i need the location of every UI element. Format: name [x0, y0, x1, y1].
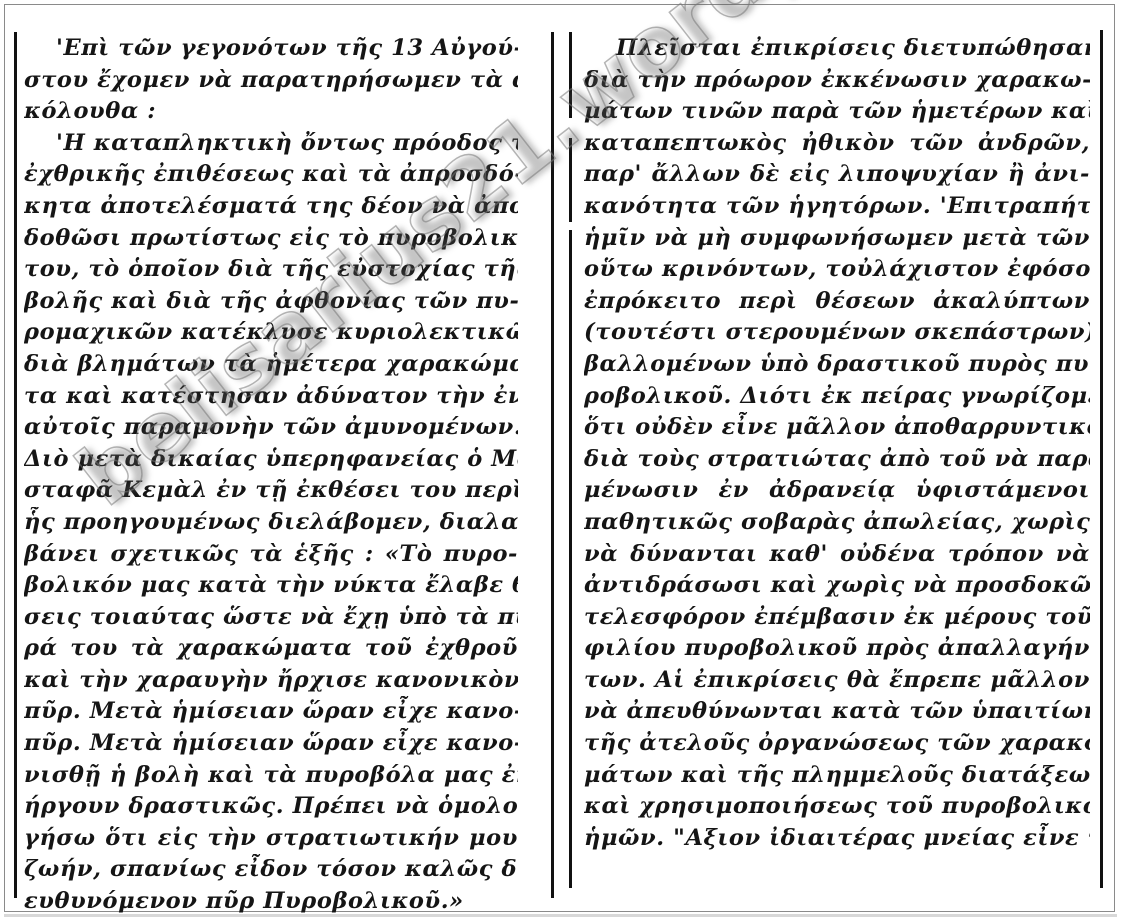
- text-line: ρομαχικῶν κατέκλυσε κυριολεκτικῶς: [24, 317, 518, 349]
- text-line: μάτων καὶ τῆς πλημμελοῦς διατάξεως: [584, 760, 1090, 792]
- text-line: ήργουν δραστικῶς. Πρέπει νὰ ὁμολο-: [24, 791, 518, 823]
- text-line: βάνει σχετικῶς τὰ ἑξῆς : «Τὸ πυρο-: [24, 539, 518, 571]
- text-line: 'Επὶ τῶν γεγονότων τῆς 13 Αὐγού-: [24, 33, 518, 65]
- text-line: ἧς προηγουμένως διελάβομεν, διαλαμ-: [24, 507, 518, 539]
- column-divider-right-rule-lower: [569, 230, 572, 888]
- text-line: τελεσφόρον ἐπέμβασιν ἐκ μέρους τοῦ: [584, 602, 1090, 634]
- column-divider-right-rule-mid: [569, 138, 572, 222]
- text-line: νισθῇ ἡ βολὴ καὶ τὰ πυροβόλα μας ἐν-: [24, 760, 518, 792]
- article-left-column: 'Επὶ τῶν γεγονότων τῆς 13 Αὐγού- στου ἔχ…: [24, 33, 518, 918]
- text-line: του, τὸ ὁποῖον διὰ τῆς εὐστοχίας τῆς: [24, 254, 518, 286]
- text-line: κόλουθα :: [24, 96, 518, 128]
- text-line: ἐπρόκειτο περὶ θέσεων ἀκαλύπτων: [584, 286, 1090, 318]
- text-line: σταφᾶ Κεμὰλ ἐν τῇ ἐκθέσει του περὶ: [24, 475, 518, 507]
- text-line: ζωήν, σπανίως εἶδον τόσον καλῶς δι-: [24, 854, 518, 886]
- text-line: ροβολικοῦ. Διότι ἐκ πείρας γνωρίζομεν: [584, 381, 1090, 413]
- text-line: ἡμῶν. "Αξιον ἰδιαιτέρας μνείας εἶνε τὸ: [584, 823, 1090, 855]
- right-column-outer-rule: [1100, 30, 1103, 888]
- text-line: των. Αἱ ἐπικρίσεις θὰ ἔπρεπε μᾶλλον: [584, 665, 1090, 697]
- text-line: καταπεπτωκὸς ἠθικὸν τῶν ἀνδρῶν,: [584, 128, 1090, 160]
- text-line: πῦρ. Μετὰ ἡμίσειαν ὥραν εἶχε κανο-: [24, 696, 518, 728]
- text-line: διὰ τοὺς στρατιώτας ἀπὸ τοῦ νὰ παρα-: [584, 444, 1090, 476]
- text-line: γήσω ὅτι εἰς τὴν στρατιωτικήν μου: [24, 823, 518, 855]
- text-line: παθητικῶς σοβαρὰς ἀπωλείας, χωρὶς: [584, 507, 1090, 539]
- column-divider-right-rule-upper: [569, 32, 572, 118]
- text-line: διὰ βλημάτων τὰ ἡμέτερα χαρακώμα-: [24, 349, 518, 381]
- article-right-column: Πλεῖσται ἐπικρίσεις διετυπώθησαν διὰ τὴν…: [584, 33, 1090, 854]
- text-line: αὐτοῖς παραμονὴν τῶν ἀμυνομένων.: [24, 412, 518, 444]
- text-line: σεις τοιαύτας ὥστε νὰ ἔχῃ ὑπὸ τὰ πυ-: [24, 602, 518, 634]
- text-line: τῆς ἀτελοῦς ὀργανώσεως τῶν χαρακω-: [584, 728, 1090, 760]
- text-line: καὶ χρησιμοποιήσεως τοῦ πυροβολικοῦ: [584, 791, 1090, 823]
- text-line: ἐχθρικῆς ἐπιθέσεως καὶ τὰ ἀπροσδό-: [24, 159, 518, 191]
- text-line: δοθῶσι πρωτίστως εἰς τὸ πυροβολικόν: [24, 223, 518, 255]
- text-line: παρ' ἄλλων δὲ εἰς λιποψυχίαν ἢ ἀνι-: [584, 159, 1090, 191]
- text-line: στου ἔχομεν νὰ παρατηρήσωμεν τὰ ἀ-: [24, 65, 518, 97]
- text-line: ευθυνόμενον πῦρ Πυροβολικοῦ.»: [24, 886, 518, 918]
- text-line: νὰ δύνανται καθ' οὐδένα τρόπον νὰ: [584, 539, 1090, 571]
- text-line: Πλεῖσται ἐπικρίσεις διετυπώθησαν: [584, 33, 1090, 65]
- text-line: ἡμῖν νὰ μὴ συμφωνήσωμεν μετὰ τῶν: [584, 223, 1090, 255]
- text-line: βολικόν μας κατὰ τὴν νύκτα ἔλαβε θέ-: [24, 570, 518, 602]
- text-line: οὕτω κρινόντων, τοὐλάχιστον ἐφόσον: [584, 254, 1090, 286]
- text-line: ρά του τὰ χαρακώματα τοῦ ἐχθροῦ: [24, 633, 518, 665]
- text-line: Διὸ μετὰ δικαίας ὑπερηφανείας ὁ Μου-: [24, 444, 518, 476]
- text-line: 'Η καταπληκτικὴ ὄντως πρόοδος τῆς: [24, 128, 518, 160]
- text-line: πῦρ. Μετὰ ἡμίσειαν ὥραν εἶχε κανο-: [24, 728, 518, 760]
- text-line: κητα ἀποτελέσματά της δέον νὰ ἀπο-: [24, 191, 518, 223]
- text-line: φιλίου πυροβολικοῦ πρὸς ἀπαλλαγήν: [584, 633, 1090, 665]
- text-line: νὰ ἀπευθύνωνται κατὰ τῶν ὑπαιτίων: [584, 696, 1090, 728]
- text-line: βαλλομένων ὑπὸ δραστικοῦ πυρὸς πυ-: [584, 349, 1090, 381]
- text-line: τα καὶ κατέστησαν ἀδύνατον τὴν ἐν: [24, 381, 518, 413]
- text-line: ὅτι οὐδὲν εἶνε μᾶλλον ἀποθαρρυντικὸν: [584, 412, 1090, 444]
- text-line: μάτων τινῶν παρὰ τῶν ἡμετέρων καὶ: [584, 96, 1090, 128]
- left-column-outer-rule: [14, 32, 17, 898]
- text-line: (τουτέστι στερουμένων σκεπάστρων): [584, 317, 1090, 349]
- text-line: μένωσιν ἐν ἀδρανείᾳ ὑφιστάμενοι: [584, 475, 1090, 507]
- text-line: κανότητα τῶν ἡγητόρων. 'Επιτραπήτω: [584, 191, 1090, 223]
- text-line: βολῆς καὶ διὰ τῆς ἀφθονίας τῶν πυ-: [24, 286, 518, 318]
- column-divider-left-rule: [551, 32, 554, 898]
- text-line: διὰ τὴν πρόωρον ἐκκένωσιν χαρακω-: [584, 65, 1090, 97]
- text-line: ἀντιδράσωσι καὶ χωρὶς νὰ προσδοκῶσι: [584, 570, 1090, 602]
- text-line: καὶ τὴν χαραυγὴν ἤρχισε κανονικὸν: [24, 665, 518, 697]
